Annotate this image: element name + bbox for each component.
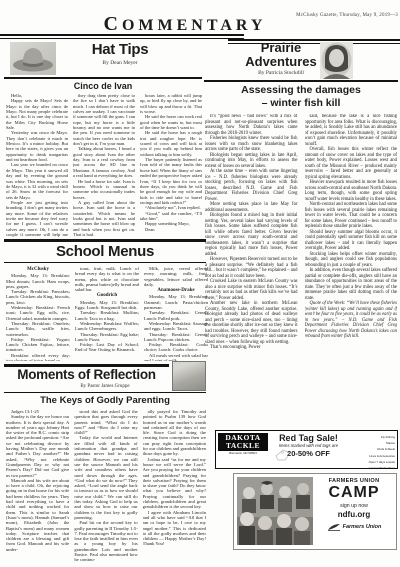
- camp-group-photo: [237, 477, 313, 545]
- cinco-de-ivan-headline: Cinco de Ivan: [4, 81, 202, 91]
- menu-column: Milk, juice, cereal offered every mornin…: [144, 266, 208, 361]
- fish-kill-headline: Assessing the damages – winter fish kill: [204, 84, 398, 109]
- store-info: Fly FishingMarineRods & ReelsLines & Acc…: [348, 431, 397, 468]
- camp-title: CAMP: [316, 484, 392, 501]
- price-tag-icon: [275, 448, 291, 466]
- godly-parenting-article: Judges 13:1-25Sunday is the day we honor…: [6, 409, 206, 561]
- section-title: COMMENTARY: [95, 13, 275, 36]
- menu-items: Monday, May 13: Breakfast: Mini donuts; …: [6, 273, 70, 361]
- article-column: ally prayed for Timothy and pointed to P…: [143, 409, 206, 561]
- fish-kill-article: It’s “good news – bad news” with a mix o…: [205, 114, 397, 427]
- store-address: Bismarck, ND 58504: [218, 452, 268, 456]
- dakota-tackle-ad: DAKOTA TACKLE Bismarck, ND 58504 Red Tag…: [215, 430, 398, 469]
- banner-bar: [4, 239, 206, 242]
- school-name: Goodrich: [75, 293, 139, 298]
- camp-url: ndfu.org: [316, 510, 392, 519]
- farmers-union-camp-ad: FARMERS UNION CAMP sign up now ndfu.org …: [233, 473, 397, 550]
- menu-column: McClusky Monday, May 13: Breakfast: Mini…: [6, 266, 70, 361]
- school-menus-title: School Menus: [4, 243, 206, 260]
- logo-line: TACKLE: [218, 442, 268, 450]
- sale-message: Red Tag Sale! Items marked with red tags…: [269, 431, 348, 468]
- camp-ad-text: FARMERS UNION CAMP sign up now ndfu.org …: [316, 478, 392, 531]
- cowboy-hat-graphic: [10, 42, 56, 75]
- divider: [4, 262, 206, 263]
- menu-continued-text: Milk, juice, cereal offered every mornin…: [144, 266, 208, 287]
- farmers-union-logo: Farmers Union: [316, 523, 392, 531]
- article-column: It’s “good news – bad news” with a mix o…: [205, 114, 298, 427]
- menu-items: Monday, May 13: Breakfast: Eggs; Lunch: …: [75, 300, 139, 353]
- author-portrait-photo: [320, 42, 353, 79]
- hat-tips-byline: By Dean Meyer: [55, 60, 185, 66]
- cinco-de-ivan-article: Hello,Happy seis de Mayo! Seis de Mayo i…: [6, 93, 202, 237]
- divider: [4, 77, 202, 79]
- newspaper-page: McClusky Gazette, Thursday, May 9, 2019—…: [0, 0, 400, 567]
- school-name: McClusky: [6, 267, 70, 272]
- menu-column: toast, fruit, milk. Lunch of bread every…: [75, 266, 139, 361]
- farmers-union-logo-text: Farmers Union: [343, 524, 382, 530]
- article-column: Hello,Happy seis de Mayo! Seis de Mayo i…: [6, 93, 68, 237]
- camp-cta: sign up now: [316, 503, 392, 509]
- camp-photo-graphic: [237, 477, 313, 545]
- divider: [0, 38, 244, 39]
- divider: [204, 80, 398, 82]
- hat-tips-title: Hat Tips: [55, 41, 185, 58]
- divider: [0, 34, 244, 36]
- school-menus-section: McClusky Monday, May 13: Breakfast: Mini…: [6, 266, 208, 361]
- cowboy-hat-photo: [10, 42, 56, 75]
- article-column: they drag them pretty close to the fire …: [73, 93, 135, 237]
- headline-line: Assessing the damages: [204, 84, 398, 97]
- article-column: Judges 13:1-25Sunday is the day we honor…: [6, 409, 69, 561]
- ad-headline: Red Tag Sale!: [269, 433, 348, 443]
- godly-parenting-headline: The Keys of Godly Parenting: [4, 395, 206, 406]
- dakota-tackle-logo-block: DAKOTA TACKLE Bismarck, ND 58504: [216, 431, 269, 468]
- menu-items: Monday, May 13: Breakfast: Oatmeal; Lunc…: [144, 294, 208, 361]
- divider: [4, 392, 206, 393]
- article-column: hours later, a rabbit will jump up, or b…: [140, 93, 202, 237]
- services-list: Fly FishingMarineRods & ReelsLines & Acc…: [348, 436, 395, 469]
- moments-of-reflection-title: Moments of Reflection: [4, 367, 169, 382]
- portrait-graphic: [320, 42, 353, 79]
- headline-line: – winter fish kill: [204, 97, 398, 110]
- school-name: Anamoose-Drake: [144, 288, 208, 293]
- farmers-union-logo-icon: [327, 523, 341, 531]
- moments-byline: By Pastor James Gruppe: [4, 384, 206, 389]
- article-column: stood this and asked God the question th…: [74, 409, 137, 561]
- menu-continued-text: toast, fruit, milk. Lunch of bread every…: [75, 266, 139, 292]
- dakota-tackle-logo: DAKOTA TACKLE: [218, 433, 268, 451]
- article-column: said, because the lake is a nice fishing…: [305, 114, 398, 427]
